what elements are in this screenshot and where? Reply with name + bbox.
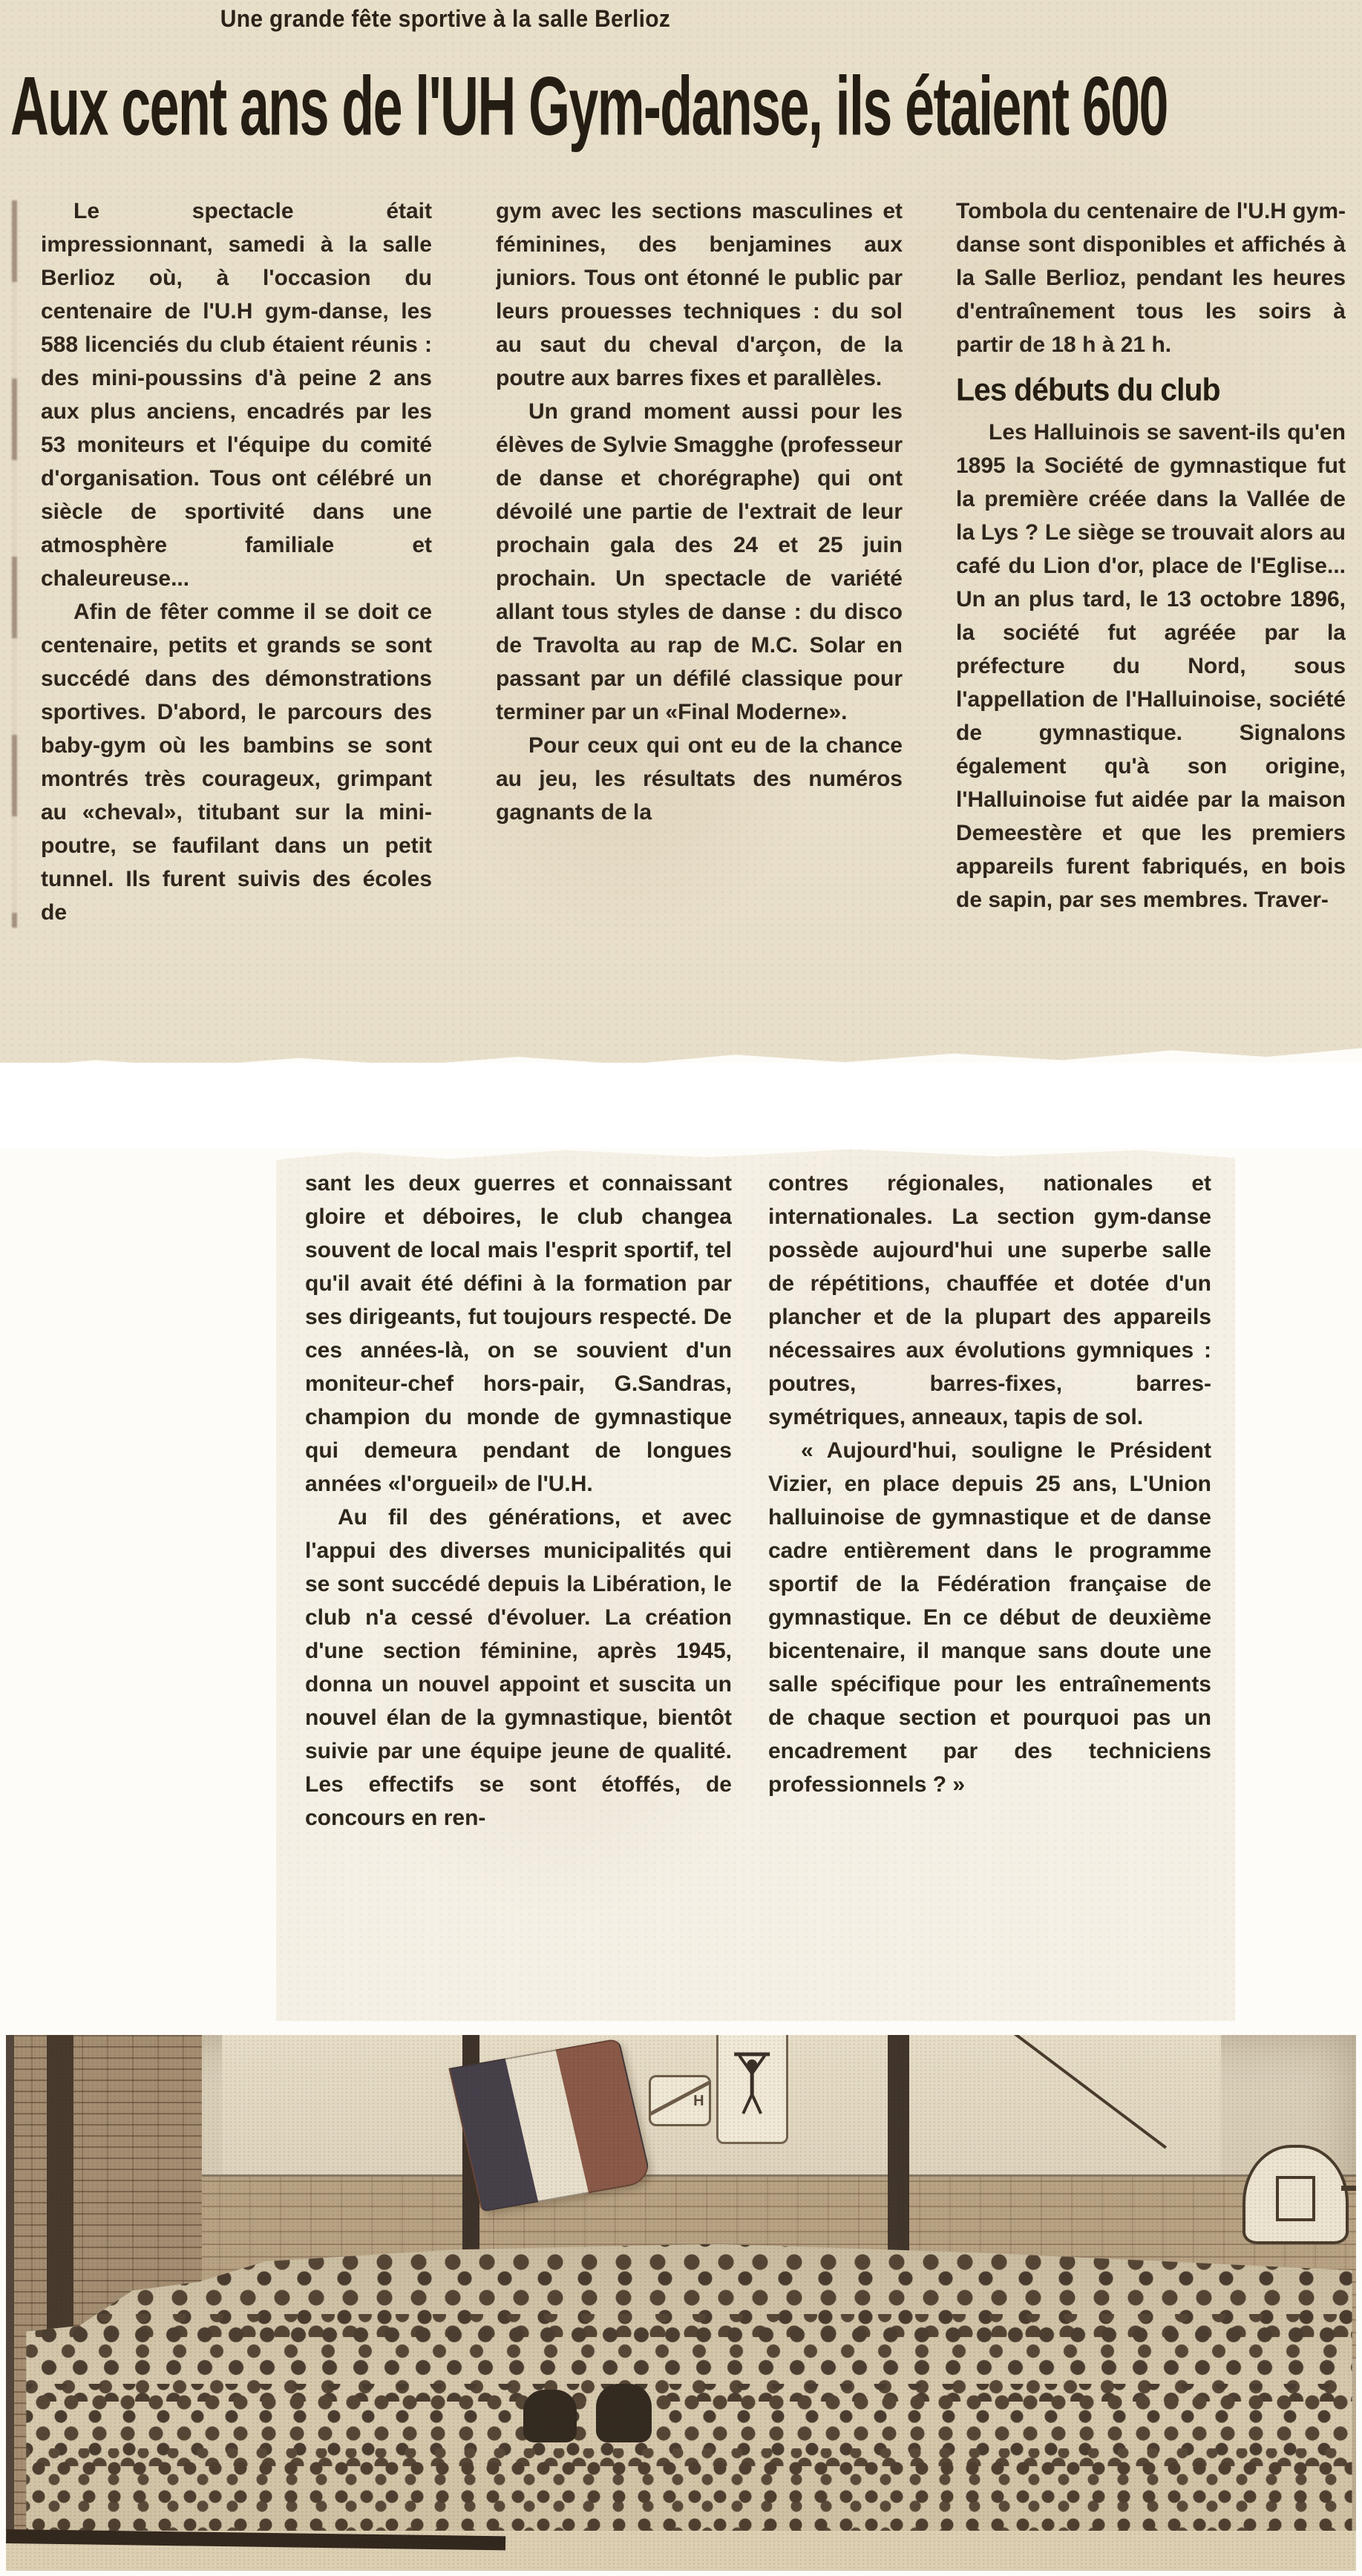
subhead-les-debuts-du-club: Les débuts du club (956, 373, 1346, 407)
scan-edge-shadow (12, 200, 17, 928)
article-column-1: Le spectacle était impressionnant, samed… (41, 194, 432, 1063)
paragraph: « Aujourd'hui, souligne le Président Viz… (768, 1434, 1211, 1801)
paragraph: Afin de fêter comme il se doit ce centen… (41, 595, 432, 929)
paragraph: Les Halluinois se savent-ils qu'en 1895 … (956, 416, 1346, 917)
article-column-3: Tombola du centenaire de l'U.H gym-danse… (956, 194, 1346, 1063)
paragraph: Le spectacle était impressionnant, samed… (41, 194, 432, 595)
paragraph: Au fil des générations, et avec l'appui … (305, 1501, 732, 1835)
paragraph: gym avec les sections masculines et fémi… (496, 194, 903, 395)
article-column-5: contres régionales, nationales et intern… (768, 1167, 1211, 2020)
article-column-4: sant les deux guerres et connaissant glo… (305, 1167, 732, 2020)
kicker: Une grande fête sportive à la salle Berl… (186, 6, 705, 33)
photo-grain-overlay (6, 2035, 1356, 2571)
headline: Aux cent ans de l'UH Gym-danse, ils étai… (10, 68, 1358, 146)
headline-text: Aux cent ans de l'UH Gym-danse, ils étai… (10, 59, 1168, 154)
article-column-2: gym avec les sections masculines et fémi… (496, 194, 903, 1063)
group-photo: H (6, 2035, 1356, 2571)
paragraph: Pour ceux qui ont eu de la chance au jeu… (496, 729, 903, 829)
paragraph: Un grand moment aussi pour les élèves de… (496, 395, 903, 729)
paragraph: contres régionales, nationales et intern… (768, 1167, 1211, 1434)
newspaper-scan-page: Une grande fête sportive à la salle Berl… (0, 0, 1362, 2576)
paragraph: sant les deux guerres et connaissant glo… (305, 1167, 732, 1501)
scan-gap (0, 1063, 1362, 1148)
paragraph: Tombola du centenaire de l'U.H gym-danse… (956, 194, 1346, 361)
